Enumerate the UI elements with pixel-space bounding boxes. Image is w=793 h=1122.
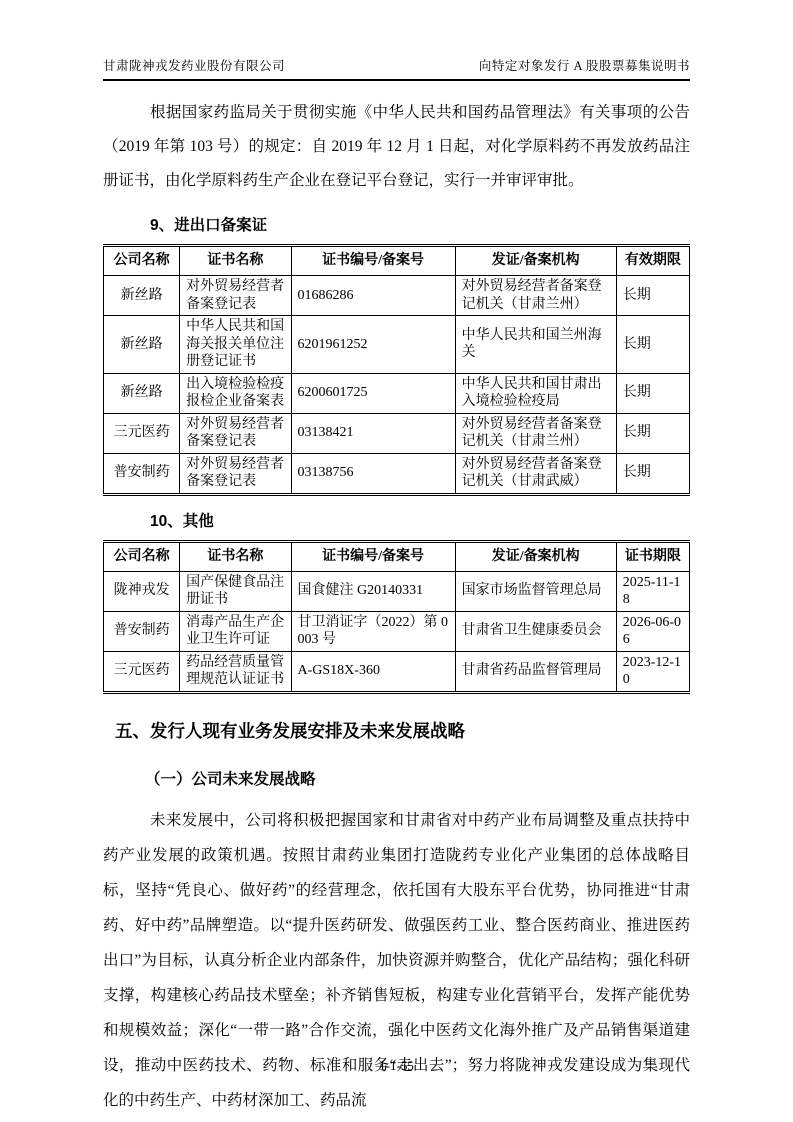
cell-cert-number: 甘卫消证字（2022）第 0003 号: [291, 611, 455, 651]
cell-issuer: 对外贸易经营者备案登记机关（甘肃武威）: [455, 453, 616, 494]
header-company-name: 甘肃陇神戎发药业股份有限公司: [103, 56, 285, 74]
import-export-record-table: 公司名称 证书名称 证书编号/备案号 发证/备案机构 有效期限 新丝路 对外贸易…: [103, 244, 690, 496]
header-doc-title: 向特定对象发行 A 股股票募集说明书: [479, 56, 690, 74]
cell-cert-number: 6201961252: [291, 316, 455, 374]
col-header-validity: 有效期限: [616, 246, 689, 276]
cell-cert-name: 药品经营质量管理规范认证证书: [180, 651, 291, 692]
cell-company-name: 新丝路: [104, 316, 180, 374]
document-page: 甘肃陇神戎发药业股份有限公司 向特定对象发行 A 股股票募集说明书 根据国家药监…: [0, 0, 793, 1122]
heading-chapter-5: 五、发行人现有业务发展安排及未来发展战略: [103, 718, 690, 743]
cell-expiry: 2023-12-10: [616, 651, 689, 692]
table-row: 普安制药 消毒产品生产企业卫生许可证 甘卫消证字（2022）第 0003 号 甘…: [104, 611, 690, 651]
cell-validity: 长期: [616, 373, 689, 413]
cell-company-name: 新丝路: [104, 276, 180, 316]
table-header-row: 公司名称 证书名称 证书编号/备案号 发证/备案机构 证书期限: [104, 541, 690, 571]
col-header-cert-number: 证书编号/备案号: [291, 246, 455, 276]
page-header: 甘肃陇神戎发药业股份有限公司 向特定对象发行 A 股股票募集说明书: [103, 0, 690, 81]
col-header-issuer: 发证/备案机构: [455, 246, 616, 276]
page-footer: 1-1-55: [0, 1058, 793, 1074]
cell-cert-number: 6200601725: [291, 373, 455, 413]
cell-cert-number: 03138756: [291, 453, 455, 494]
cell-expiry: 2026-06-06: [616, 611, 689, 651]
other-certificates-table: 公司名称 证书名称 证书编号/备案号 发证/备案机构 证书期限 陇神戎发 国产保…: [103, 540, 690, 694]
table-row: 三元医药 对外贸易经营者备案登记表 03138421 对外贸易经营者备案登记机关…: [104, 413, 690, 453]
table-row: 新丝路 对外贸易经营者备案登记表 01686286 对外贸易经营者备案登记机关（…: [104, 276, 690, 316]
page-content: 根据国家药监局关于贯彻实施《中华人民共和国药品管理法》有关事项的公告（2019 …: [103, 96, 690, 1118]
col-header-cert-name: 证书名称: [180, 541, 291, 571]
cell-company-name: 普安制药: [104, 453, 180, 494]
cell-cert-name: 对外贸易经营者备案登记表: [180, 276, 291, 316]
col-header-issuer: 发证/备案机构: [455, 541, 616, 571]
cell-company-name: 普安制药: [104, 611, 180, 651]
col-header-cert-name: 证书名称: [180, 246, 291, 276]
cell-issuer: 国家市场监督管理总局: [455, 571, 616, 611]
col-header-cert-number: 证书编号/备案号: [291, 541, 455, 571]
cell-cert-number: 01686286: [291, 276, 455, 316]
table-row: 陇神戎发 国产保健食品注册证书 国食健注 G20140331 国家市场监督管理总…: [104, 571, 690, 611]
col-header-expiry: 证书期限: [616, 541, 689, 571]
page-number: 1-1-55: [379, 1058, 414, 1073]
cell-cert-number: 03138421: [291, 413, 455, 453]
cell-cert-name: 国产保健食品注册证书: [180, 571, 291, 611]
cell-validity: 长期: [616, 413, 689, 453]
col-header-company: 公司名称: [104, 246, 180, 276]
cell-cert-name: 对外贸易经营者备案登记表: [180, 453, 291, 494]
cell-cert-name: 出入境检验检疫报检企业备案表: [180, 373, 291, 413]
cell-validity: 长期: [616, 453, 689, 494]
cell-issuer: 甘肃省卫生健康委员会: [455, 611, 616, 651]
intro-paragraph: 根据国家药监局关于贯彻实施《中华人民共和国药品管理法》有关事项的公告（2019 …: [103, 96, 690, 198]
table-row: 新丝路 出入境检验检疫报检企业备案表 6200601725 中华人民共和国甘肃出…: [104, 373, 690, 413]
cell-validity: 长期: [616, 316, 689, 374]
cell-company-name: 三元医药: [104, 413, 180, 453]
cell-company-name: 三元医药: [104, 651, 180, 692]
table-row: 普安制药 对外贸易经营者备案登记表 03138756 对外贸易经营者备案登记机关…: [104, 453, 690, 494]
cell-issuer: 对外贸易经营者备案登记机关（甘肃兰州）: [455, 276, 616, 316]
cell-issuer: 对外贸易经营者备案登记机关（甘肃兰州）: [455, 413, 616, 453]
heading-section-5-1: （一）公司未来发展战略: [103, 767, 690, 789]
cell-company-name: 新丝路: [104, 373, 180, 413]
cell-cert-name: 对外贸易经营者备案登记表: [180, 413, 291, 453]
cell-cert-number: A-GS18X-360: [291, 651, 455, 692]
cell-issuer: 甘肃省药品监督管理局: [455, 651, 616, 692]
cell-cert-name: 中华人民共和国海关报关单位注册登记证书: [180, 316, 291, 374]
cell-expiry: 2025-11-18: [616, 571, 689, 611]
cell-validity: 长期: [616, 276, 689, 316]
cell-cert-name: 消毒产品生产企业卫生许可证: [180, 611, 291, 651]
cell-cert-number: 国食健注 G20140331: [291, 571, 455, 611]
table-row: 三元医药 药品经营质量管理规范认证证书 A-GS18X-360 甘肃省药品监督管…: [104, 651, 690, 692]
cell-issuer: 中华人民共和国兰州海关: [455, 316, 616, 374]
col-header-company: 公司名称: [104, 541, 180, 571]
heading-section-9: 9、进出口备案证: [103, 213, 690, 235]
table-row: 新丝路 中华人民共和国海关报关单位注册登记证书 6201961252 中华人民共…: [104, 316, 690, 374]
heading-section-10: 10、其他: [103, 509, 690, 531]
table-header-row: 公司名称 证书名称 证书编号/备案号 发证/备案机构 有效期限: [104, 246, 690, 276]
cell-company-name: 陇神戎发: [104, 571, 180, 611]
cell-issuer: 中华人民共和国甘肃出入境检验检疫局: [455, 373, 616, 413]
